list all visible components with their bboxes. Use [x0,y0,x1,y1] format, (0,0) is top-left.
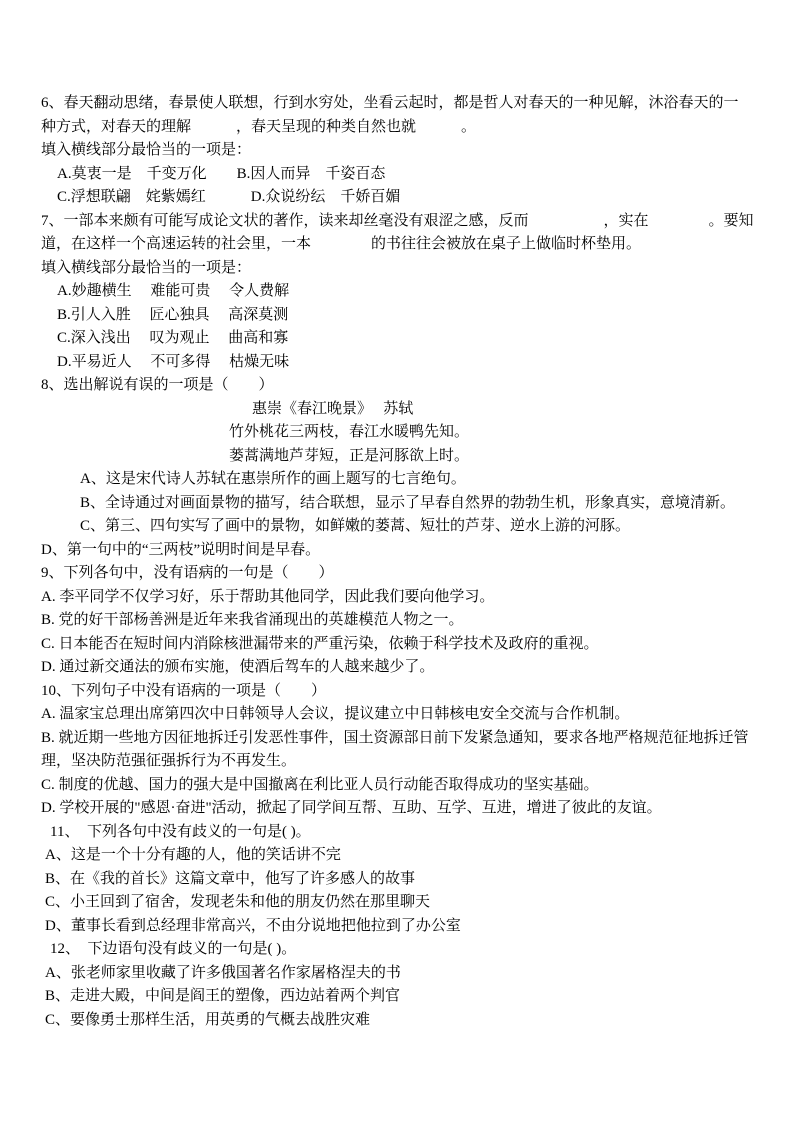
q8-line-1: 8、选出解说有误的一项是（ ） [0,374,794,398]
q12-line-4: C、要像勇士那样生活，用英勇的气概去战胜灾难 [0,1009,794,1033]
q6-line-2: 种方式，对春天的理解 ，春天呈现的种类自然也就 。 [0,116,794,140]
q6-line-4: A.莫衷一是 千变万化 B.因人而异 千姿百态 [0,163,794,187]
q10-line-2: A. 温家宝总理出席第四次中日韩领导人会议，提议建立中日韩核电安全交流与合作机制… [0,703,794,727]
doc-lines: 6、春天翻动思绪，春景使人联想，行到水穷处，坐看云起时，都是哲人对春天的一种见解… [0,0,794,1032]
q9-line-5: D. 通过新交通法的颁布实施，使酒后驾车的人越来越少了。 [0,656,794,680]
q8-line-5: A、这是宋代诗人苏轼在惠崇所作的画上题写的七言绝句。 [0,468,794,492]
q8-line-3: 竹外桃花三两枝，春江水暖鸭先知。 [0,421,794,445]
q10-line-3: B. 就近期一些地方因征地拆迁引发恶性事件，国土资源部日前下发紧急通知，要求各地… [0,727,794,751]
q12-line-2: A、张老师家里收藏了许多俄国著名作家屠格涅夫的书 [0,962,794,986]
q7-line-7: D.平易近人 不可多得 枯燥无味 [0,351,794,375]
q11-line-5: D、董事长看到总经理非常高兴，不由分说地把他拉到了办公室 [0,915,794,939]
q8-line-2: 惠崇《春江晚景》 苏轼 [0,398,794,422]
q6-line-3: 填入横线部分最恰当的一项是： [0,139,794,163]
q11-line-4: C、小王回到了宿舍，发现老朱和他的朋友仍然在那里聊天 [0,891,794,915]
q12-line-3: B、走进大殿，中间是阎王的塑像，西边站着两个判官 [0,985,794,1009]
q9-line-1: 9、下列各句中，没有语病的一句是（ ） [0,562,794,586]
q11-line-3: B、在《我的首长》这篇文章中，他写了许多感人的故事 [0,868,794,892]
exam-document-page: 6、春天翻动思绪，春景使人联想，行到水穷处，坐看云起时，都是哲人对春天的一种见解… [0,0,794,1123]
q9-line-3: B. 党的好干部杨善洲是近年来我省涌现出的英雄模范人物之一。 [0,609,794,633]
q6-line-1: 6、春天翻动思绪，春景使人联想，行到水穷处，坐看云起时，都是哲人对春天的一种见解… [0,92,794,116]
q10-line-5: C. 制度的优越、国力的强大是中国撤离在利比亚人员行动能否取得成功的坚实基础。 [0,774,794,798]
q12-line-1: 12、 下边语句没有歧义的一句是( )。 [0,938,794,962]
q8-line-8: D、第一句中的“三两枝”说明时间是早春。 [0,539,794,563]
q6-line-5: C.浮想联翩 姹紫嫣红 D.众说纷纭 千娇百媚 [0,186,794,210]
q7-line-2: 道，在这样一个高速运转的社会里，一本 的书往往会被放在桌子上做临时杯垫用。 [0,233,794,257]
q11-line-1: 11、 下列各句中没有歧义的一句是( )。 [0,821,794,845]
q7-line-4: A.妙趣横生 难能可贵 令人费解 [0,280,794,304]
q7-line-5: B.引人入胜 匠心独具 高深莫测 [0,304,794,328]
q8-line-4: 蒌蒿满地芦芽短，正是河豚欲上时。 [0,445,794,469]
q8-line-7: C、第三、四句实写了画中的景物，如鲜嫩的蒌蒿、短壮的芦芽、逆水上游的河豚。 [0,515,794,539]
q8-line-6: B、全诗通过对画面景物的描写，结合联想，显示了早春自然界的勃勃生机，形象真实，意… [0,492,794,516]
q9-line-2: A. 李平同学不仅学习好，乐于帮助其他同学，因此我们要向他学习。 [0,586,794,610]
q7-line-1: 7、一部本来颇有可能写成论文状的著作，读来却丝毫没有艰涩之感，反而 ，实在 。要… [0,210,794,234]
q10-line-4: 理，坚决防范强征强拆行为不再发生。 [0,750,794,774]
q10-line-1: 10、下列句子中没有语病的一项是（ ） [0,680,794,704]
q9-line-4: C. 日本能否在短时间内消除核泄漏带来的严重污染，依赖于科学技术及政府的重视。 [0,633,794,657]
q7-line-6: C.深入浅出 叹为观止 曲高和寡 [0,327,794,351]
q10-line-6: D. 学校开展的"感恩·奋进"活动，掀起了同学间互帮、互助、互学、互进，增进了彼… [0,797,794,821]
q7-line-3: 填入横线部分最恰当的一项是： [0,257,794,281]
q11-line-2: A、这是一个十分有趣的人，他的笑话讲不完 [0,844,794,868]
